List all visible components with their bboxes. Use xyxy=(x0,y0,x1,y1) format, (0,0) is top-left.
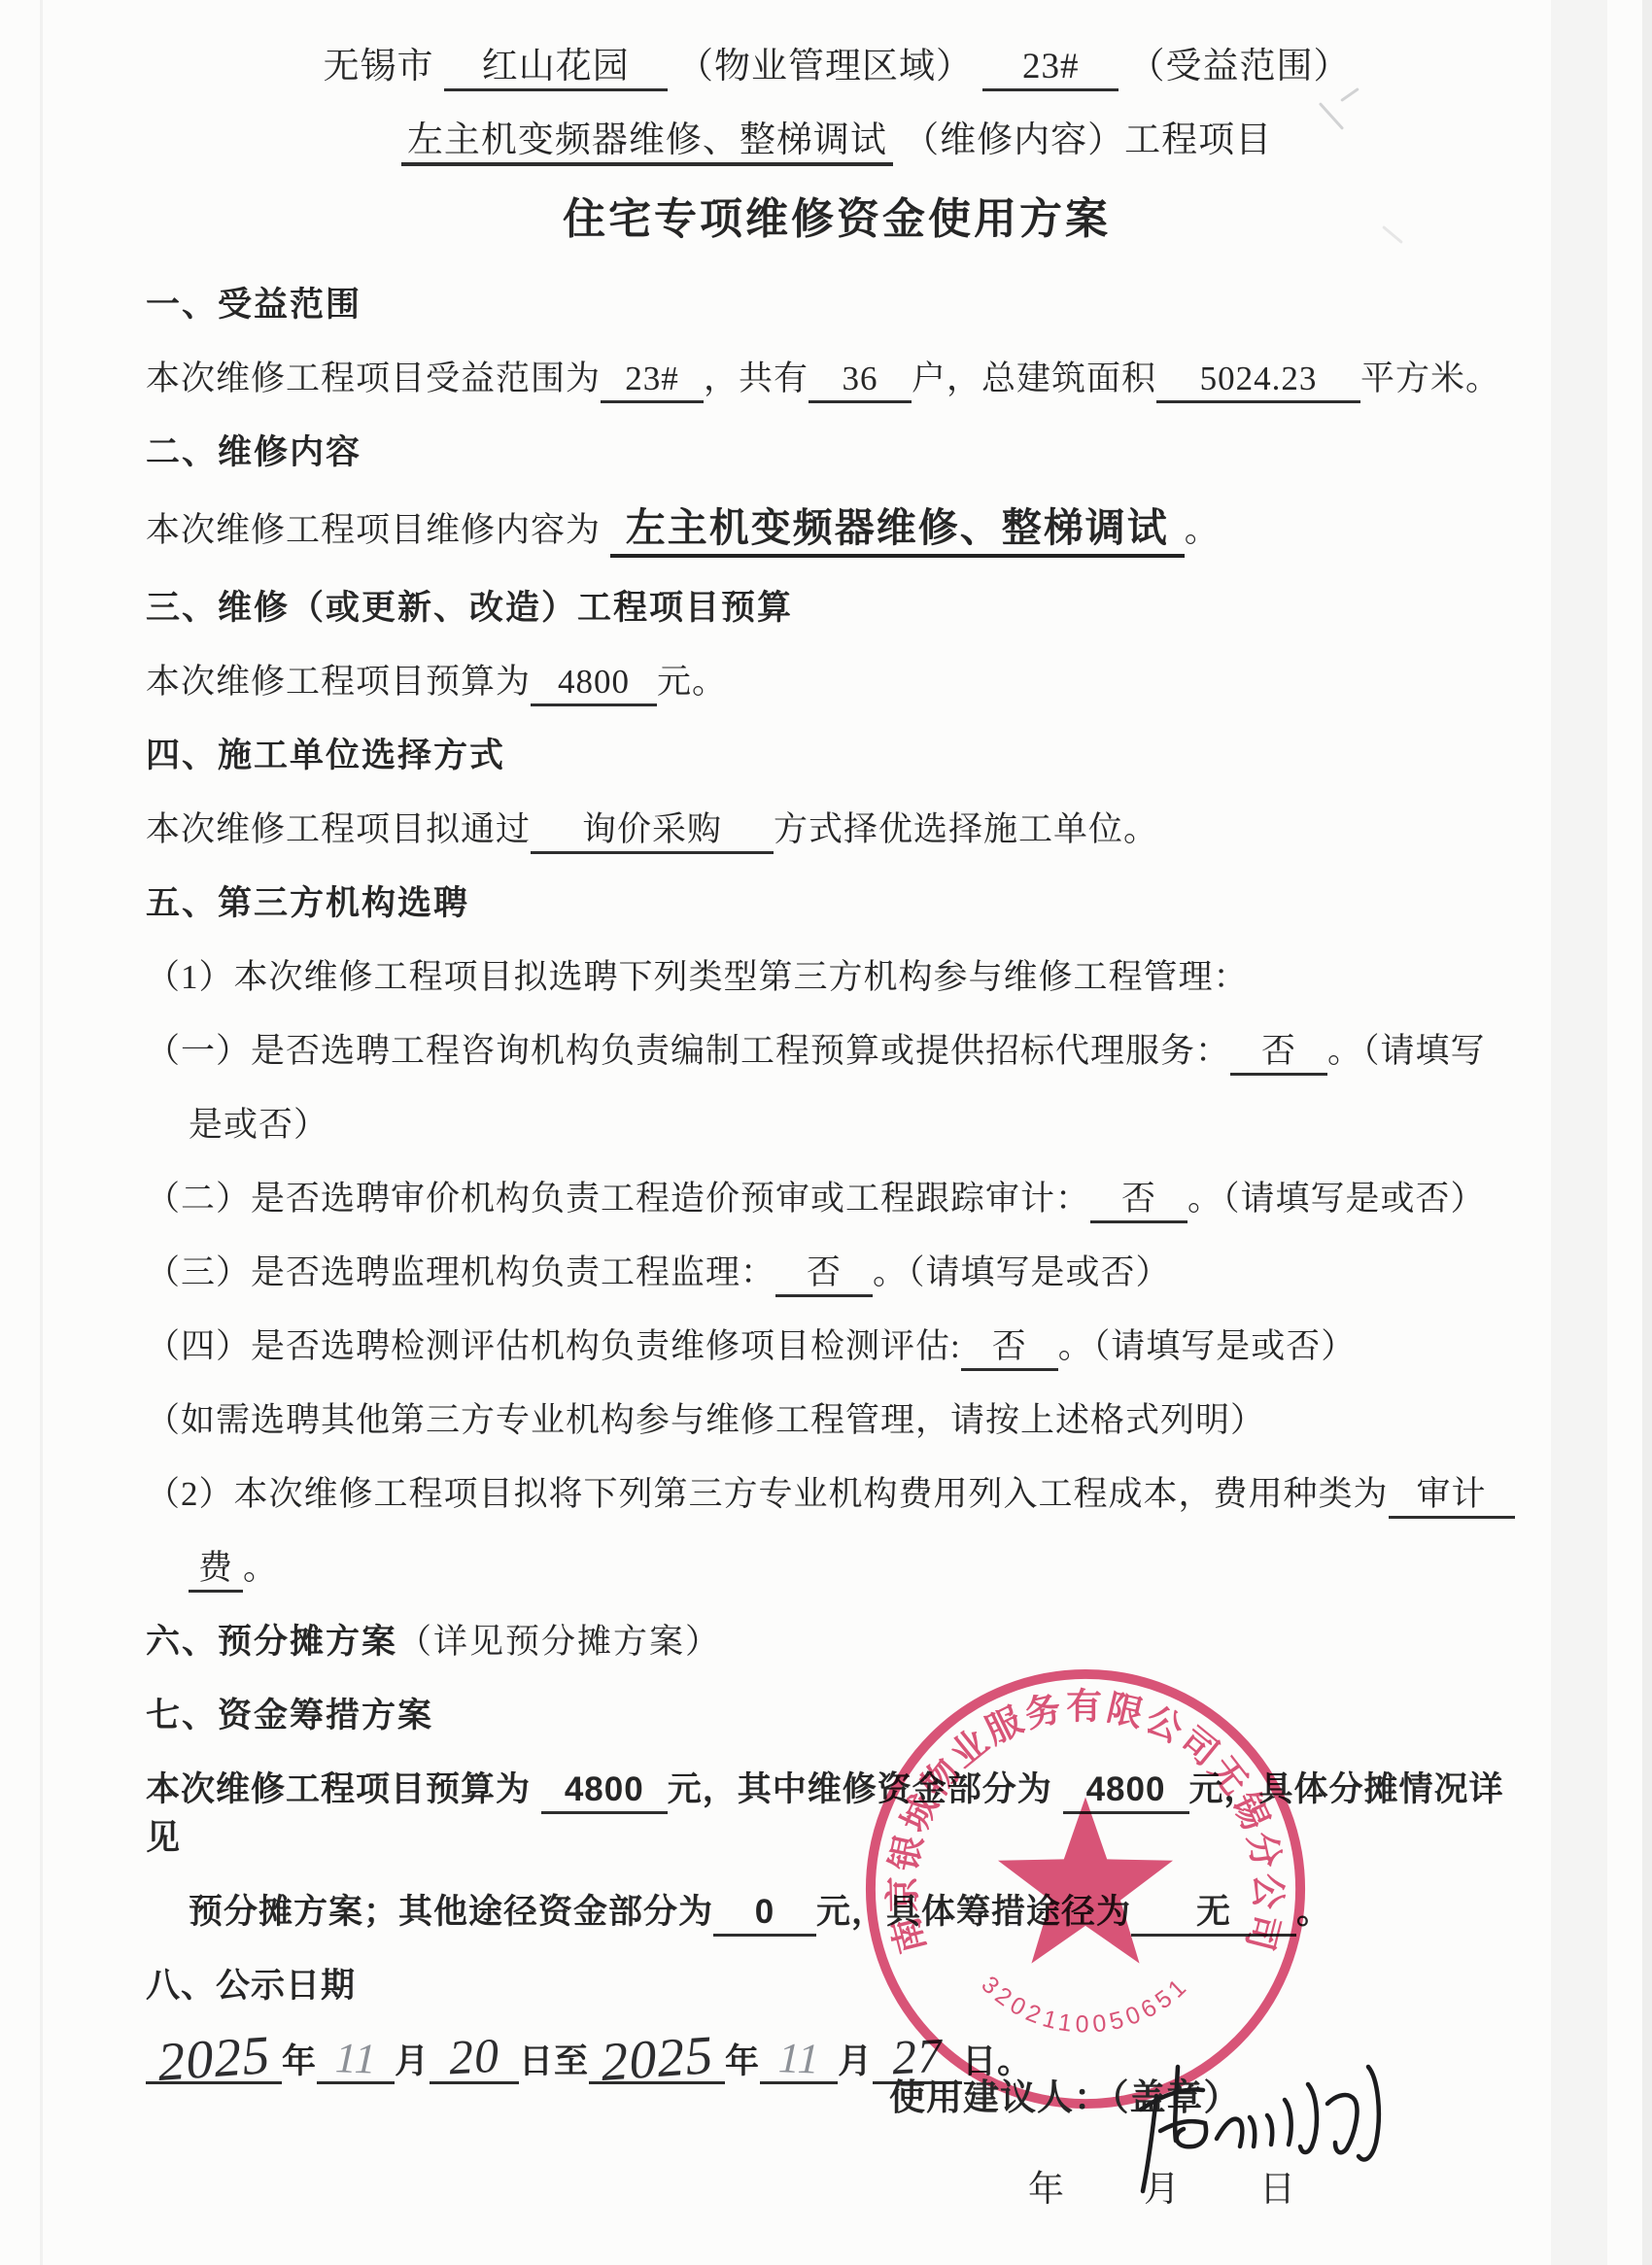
title-line-1: 无锡市 红山花园 （物业管理区域） 23# （受益范围） xyxy=(146,43,1528,91)
text: 六、预分摊方案 xyxy=(146,1623,397,1661)
section-4-body: 本次维修工程项目拟通过询价采购方式择优选择施工单位。 xyxy=(146,806,1528,854)
text: 元。 xyxy=(657,663,727,701)
section-7-heading: 七、资金筹措方案 xyxy=(146,1692,1528,1740)
management-area-label: （物业管理区域） xyxy=(677,47,973,86)
document-content: 无锡市 红山花园 （物业管理区域） 23# （受益范围） 左主机变频器维修、整梯… xyxy=(146,43,1528,2111)
year-label: 年 xyxy=(725,2042,760,2080)
project-suffix: 工程项目 xyxy=(1124,120,1272,160)
handwritten-end-year: 2025 xyxy=(600,2036,715,2082)
text: 。（请填写 xyxy=(1327,1032,1486,1070)
section-2-heading: 二、维修内容 xyxy=(146,429,1528,477)
seal-star-icon xyxy=(998,1797,1173,1963)
benefit-building-fill: 23# xyxy=(601,358,704,403)
scan-artifact-right-band xyxy=(1551,0,1607,2265)
text: 本次维修工程项目受益范围为 xyxy=(146,360,601,397)
section-7-body-line-2: 预分摊方案；其他途径资金部分为0元，具体筹措途径为无。 xyxy=(146,1888,1528,1937)
svg-text:3202110050651: 3202110050651 xyxy=(976,1971,1194,2038)
text: 户，总建筑面积 xyxy=(912,360,1156,397)
building-area-fill: 5024.23 xyxy=(1156,358,1360,403)
text: 。（请填写是或否） xyxy=(1187,1180,1486,1218)
text: ，共有 xyxy=(704,360,809,397)
fee-type-fill: 审计 xyxy=(1389,1473,1515,1519)
handwritten-start-month: 11 xyxy=(334,2039,377,2078)
section-5-note: （如需选聘其他第三方专业机构参与维修工程管理，请按上述格式列明） xyxy=(146,1396,1528,1445)
question-1-wrap-line: 是或否） xyxy=(146,1101,1528,1150)
question-1-line: （一）是否选聘工程咨询机构负责编制工程预算或提供招标代理服务：否。（请填写 xyxy=(146,1027,1528,1076)
month-label: 月 xyxy=(395,2042,430,2080)
document-main-title: 住宅专项维修资金使用方案 xyxy=(146,191,1528,248)
text: （三）是否选聘监理机构负责工程监理： xyxy=(146,1253,775,1291)
text: 本次维修工程项目维修内容为 xyxy=(146,511,601,549)
section-5-para-2: （2）本次维修工程项目拟将下列第三方专业机构费用列入工程成本，费用种类为审计 xyxy=(146,1470,1528,1519)
text: 平方米。 xyxy=(1360,360,1500,397)
section-6-note: （详见预分摊方案） xyxy=(397,1623,721,1661)
text: 预分摊方案；其他途径资金部分为 xyxy=(189,1893,713,1931)
section-6-heading: 六、预分摊方案（详见预分摊方案） xyxy=(146,1618,1528,1666)
scan-artifact-left-line xyxy=(40,0,43,2265)
benefit-scope-label: （受益范围） xyxy=(1129,47,1351,86)
repair-content-value-fill: 左主机变频器维修、整梯调试 xyxy=(610,503,1185,558)
section-5-heading: 五、第三方机构选聘 xyxy=(146,879,1528,928)
question-1-answer-fill: 否 xyxy=(1230,1030,1327,1076)
estate-name-fill: 红山花园 xyxy=(444,46,668,91)
handwritten-signature xyxy=(1127,2045,1448,2211)
scan-artifact-right-edge xyxy=(1642,0,1652,2265)
household-count-fill: 36 xyxy=(809,358,912,403)
handwritten-end-month: 11 xyxy=(777,2039,820,2078)
title-line-2: 左主机变频器维修、整梯调试 （维修内容）工程项目 xyxy=(146,117,1528,166)
bottom-year-label: 年 xyxy=(1028,2170,1064,2210)
handwritten-start-day: 20 xyxy=(448,2036,500,2077)
budget-total-fill: 4800 xyxy=(541,1768,668,1814)
text: 方式择优选择施工单位。 xyxy=(774,810,1158,848)
question-4-line: （四）是否选聘检测评估机构负责维修项目检测评估:否。（请填写是或否） xyxy=(146,1322,1528,1371)
building-number-fill: 23# xyxy=(982,46,1119,91)
text: 本次维修工程项目拟通过 xyxy=(146,810,531,848)
city-label: 无锡市 xyxy=(324,47,434,86)
section-5-para-2-wrap: 费。 xyxy=(146,1544,1528,1593)
section-5-para-1: （1）本次维修工程项目拟选聘下列类型第三方机构参与维修工程管理： xyxy=(146,953,1528,1002)
fee-type-wrap-fill: 费 xyxy=(189,1547,243,1593)
text: 本次维修工程项目预算为 xyxy=(146,1770,531,1808)
year-label: 年 xyxy=(282,2042,317,2080)
section-7-body-line-1: 本次维修工程项目预算为 4800元，其中维修资金部分为 4800元，具体分摊情况… xyxy=(146,1766,1528,1863)
section-2-body: 本次维修工程项目维修内容为 左主机变频器维修、整梯调试。 xyxy=(146,502,1528,559)
question-2-answer-fill: 否 xyxy=(1090,1178,1187,1223)
seal-registration-number: 3202110050651 xyxy=(976,1971,1194,2038)
question-3-answer-fill: 否 xyxy=(775,1252,873,1297)
section-8-heading: 八、公示日期 xyxy=(146,1962,1528,2010)
other-funds-fill: 0 xyxy=(713,1891,816,1937)
section-1-body: 本次维修工程项目受益范围为23#，共有36户，总建筑面积5024.23平方米。 xyxy=(146,355,1528,403)
section-3-body: 本次维修工程项目预算为4800元。 xyxy=(146,658,1528,706)
section-3-heading: 三、维修（或更新、改造）工程项目预算 xyxy=(146,584,1528,633)
repair-content-fill: 左主机变频器维修、整梯调试 xyxy=(401,120,893,166)
text: 。（请填写是或否） xyxy=(873,1253,1171,1291)
budget-amount-fill: 4800 xyxy=(531,661,657,706)
procurement-method-fill: 询价采购 xyxy=(531,808,774,854)
text: 。 xyxy=(243,1549,278,1587)
handwritten-start-year: 2025 xyxy=(156,2036,272,2082)
to-label: 日至 xyxy=(519,2042,589,2080)
text: （二）是否选聘审价机构负责工程造价预审或工程跟踪审计： xyxy=(146,1180,1090,1218)
text: （一）是否选聘工程咨询机构负责编制工程预算或提供招标代理服务： xyxy=(146,1032,1230,1070)
question-2-line: （二）是否选聘审价机构负责工程造价预审或工程跟踪审计：否。（请填写是或否） xyxy=(146,1175,1528,1223)
section-4-heading: 四、施工单位选择方式 xyxy=(146,732,1528,780)
text: 本次维修工程项目预算为 xyxy=(146,663,531,701)
question-3-line: （三）是否选聘监理机构负责工程监理：否。（请填写是或否） xyxy=(146,1249,1528,1297)
text: 。 xyxy=(1185,511,1220,549)
text: （四）是否选聘检测评估机构负责维修项目检测评估: xyxy=(146,1327,961,1365)
text: （2）本次维修工程项目拟将下列第三方专业机构费用列入工程成本，费用种类为 xyxy=(146,1475,1389,1513)
text: 。（请填写是或否） xyxy=(1058,1327,1357,1365)
repair-content-label: （维修内容） xyxy=(903,120,1124,160)
question-4-answer-fill: 否 xyxy=(961,1325,1058,1371)
scanned-document-page: 无锡市 红山花园 （物业管理区域） 23# （受益范围） 左主机变频器维修、整梯… xyxy=(0,0,1652,2265)
section-1-heading: 一、受益范围 xyxy=(146,281,1528,329)
